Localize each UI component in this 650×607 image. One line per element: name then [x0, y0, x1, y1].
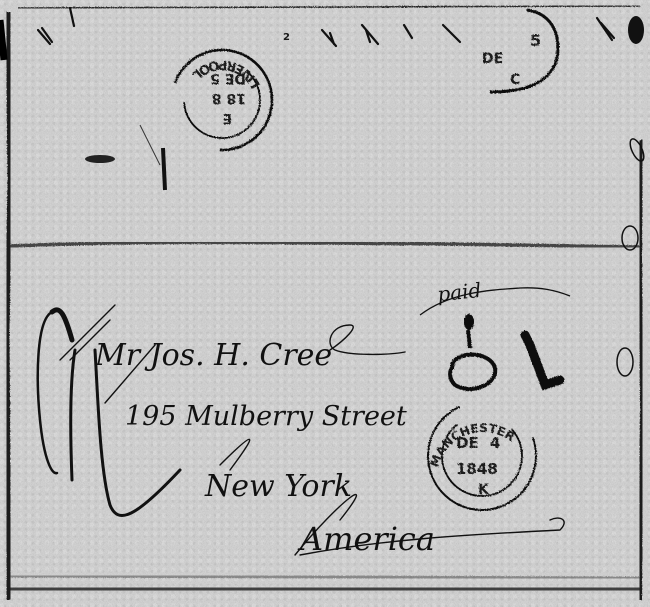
right-edge-loops — [0, 0, 650, 607]
letter-cover: 2 E 18 8 DE 5 LIVERPOOL DE 5 C MANCHESTE… — [0, 0, 650, 607]
